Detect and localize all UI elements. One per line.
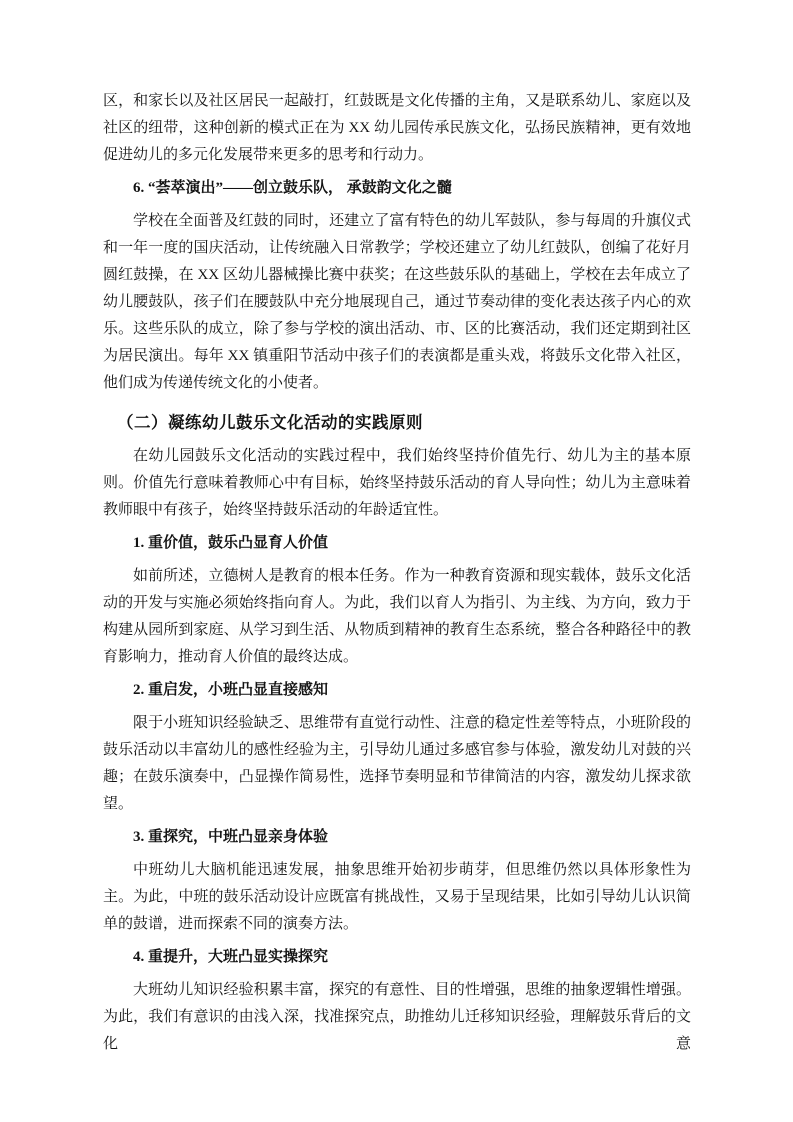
numbered-heading: 1. 重价值，鼓乐凸显育人价值: [103, 530, 691, 557]
section-heading: （二）凝练幼儿鼓乐文化活动的实践原则: [103, 410, 691, 437]
document-body: 区，和家长以及社区居民一起敲打，红鼓既是文化传播的主角，又是联系幼儿、家庭以及社…: [103, 88, 691, 1058]
body-paragraph: 限于小班知识经验缺乏、思维带有直觉行动性、注意的稳定性差等特点，小班阶段的鼓乐活…: [103, 710, 691, 818]
numbered-heading: 4. 重提升，大班凸显实操探究: [103, 944, 691, 971]
numbered-heading: 3. 重探究，中班凸显亲身体验: [103, 824, 691, 851]
body-paragraph: 学校在全面普及红鼓的同时，还建立了富有特色的幼儿军鼓队，参与每周的升旗仪式和一年…: [103, 208, 691, 397]
body-paragraph: 大班幼儿知识经验积累丰富，探究的有意性、目的性增强，思维的抽象逻辑性增强。为此，…: [103, 977, 691, 1058]
body-paragraph: 如前所述，立德树人是教育的根本任务。作为一种教育资源和现实载体，鼓乐文化活动的开…: [103, 563, 691, 671]
body-paragraph: 在幼儿园鼓乐文化活动的实践过程中，我们始终坚持价值先行、幼儿为主的基本原则。价值…: [103, 443, 691, 524]
numbered-heading: 2. 重启发，小班凸显直接感知: [103, 677, 691, 704]
document-page: 区，和家长以及社区居民一起敲打，红鼓既是文化传播的主角，又是联系幼儿、家庭以及社…: [0, 0, 793, 1122]
numbered-heading: 6. “荟萃演出”——创立鼓乐队， 承鼓韵文化之髓: [103, 175, 691, 202]
body-paragraph: 中班幼儿大脑机能迅速发展，抽象思维开始初步萌芽，但思维仍然以具体形象性为主。为此…: [103, 857, 691, 938]
body-paragraph: 区，和家长以及社区居民一起敲打，红鼓既是文化传播的主角，又是联系幼儿、家庭以及社…: [103, 88, 691, 169]
